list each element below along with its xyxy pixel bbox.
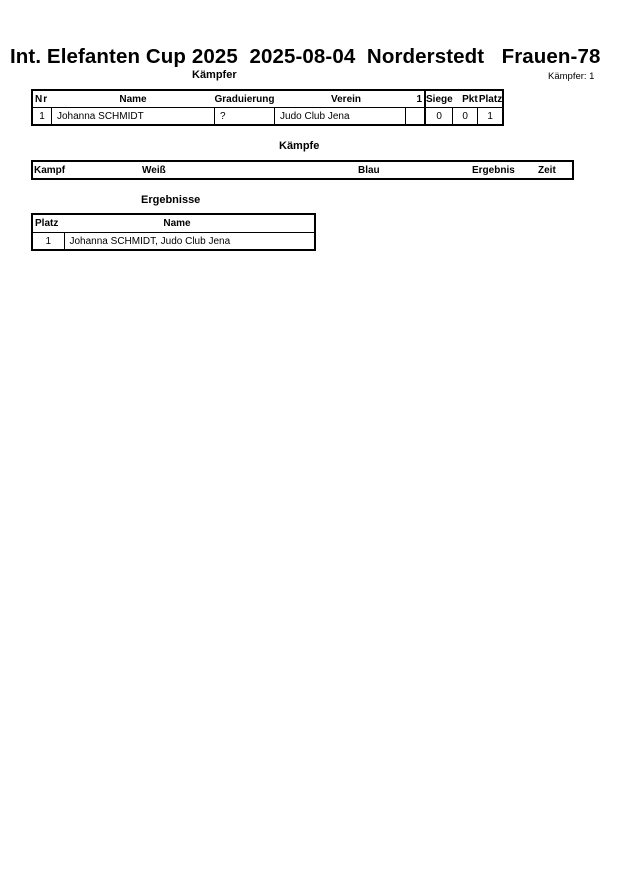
col-nr: Nr (32, 90, 52, 108)
col-time: Zeit (538, 161, 573, 179)
event-name: Int. Elefanten Cup 2025 (10, 45, 238, 68)
event-date: 2025-08-04 (249, 45, 355, 68)
fighter-place: 1 (478, 108, 504, 126)
fighters-header-row: Nr Name Graduierung Verein 1 Siege Pkt P… (32, 90, 503, 108)
fighter-nr: 1 (32, 108, 52, 126)
event-location: Norderstedt (367, 45, 484, 68)
col-club: Verein (275, 90, 406, 108)
col-white: Weiß (142, 161, 358, 179)
col-fight: Kampf (32, 161, 142, 179)
results-table: Platz Name 1 Johanna SCHMIDT, Judo Club … (31, 213, 316, 251)
col-place: Platz (32, 214, 64, 233)
col-points: Pkt (453, 90, 478, 108)
col-place: Platz (478, 90, 504, 108)
table-row: 1 Johanna SCHMIDT ? Judo Club Jena 0 0 1 (32, 108, 503, 126)
result-place: 1 (32, 233, 64, 251)
fighters-heading: Kämpfer (192, 69, 237, 81)
col-result: Ergebnis (472, 161, 538, 179)
col-wins: Siege (425, 90, 453, 108)
fights-table: Kampf Weiß Blau Ergebnis Zeit (31, 160, 574, 180)
col-round-1: 1 (406, 90, 426, 108)
col-name: Name (64, 214, 315, 233)
weight-category: Frauen-78 (502, 45, 601, 68)
results-header-row: Platz Name (32, 214, 315, 233)
result-name: Johanna SCHMIDT, Judo Club Jena (64, 233, 315, 251)
fights-header-row: Kampf Weiß Blau Ergebnis Zeit (32, 161, 573, 179)
fights-heading: Kämpfe (279, 140, 319, 152)
fighter-wins: 0 (425, 108, 453, 126)
fighter-points: 0 (453, 108, 478, 126)
results-heading: Ergebnisse (141, 194, 200, 206)
col-name: Name (52, 90, 215, 108)
fighter-name: Johanna SCHMIDT (52, 108, 215, 126)
fighter-round-1 (406, 108, 426, 126)
fighter-count: Kämpfer: 1 (548, 71, 594, 82)
table-row: 1 Johanna SCHMIDT, Judo Club Jena (32, 233, 315, 251)
fighters-table: Nr Name Graduierung Verein 1 Siege Pkt P… (31, 89, 504, 126)
col-graduation: Graduierung (215, 90, 275, 108)
page-title: Int. Elefanten Cup 2025 2025-08-04 Norde… (10, 45, 601, 69)
fighter-graduation: ? (215, 108, 275, 126)
col-blue: Blau (358, 161, 472, 179)
fighter-club: Judo Club Jena (275, 108, 406, 126)
